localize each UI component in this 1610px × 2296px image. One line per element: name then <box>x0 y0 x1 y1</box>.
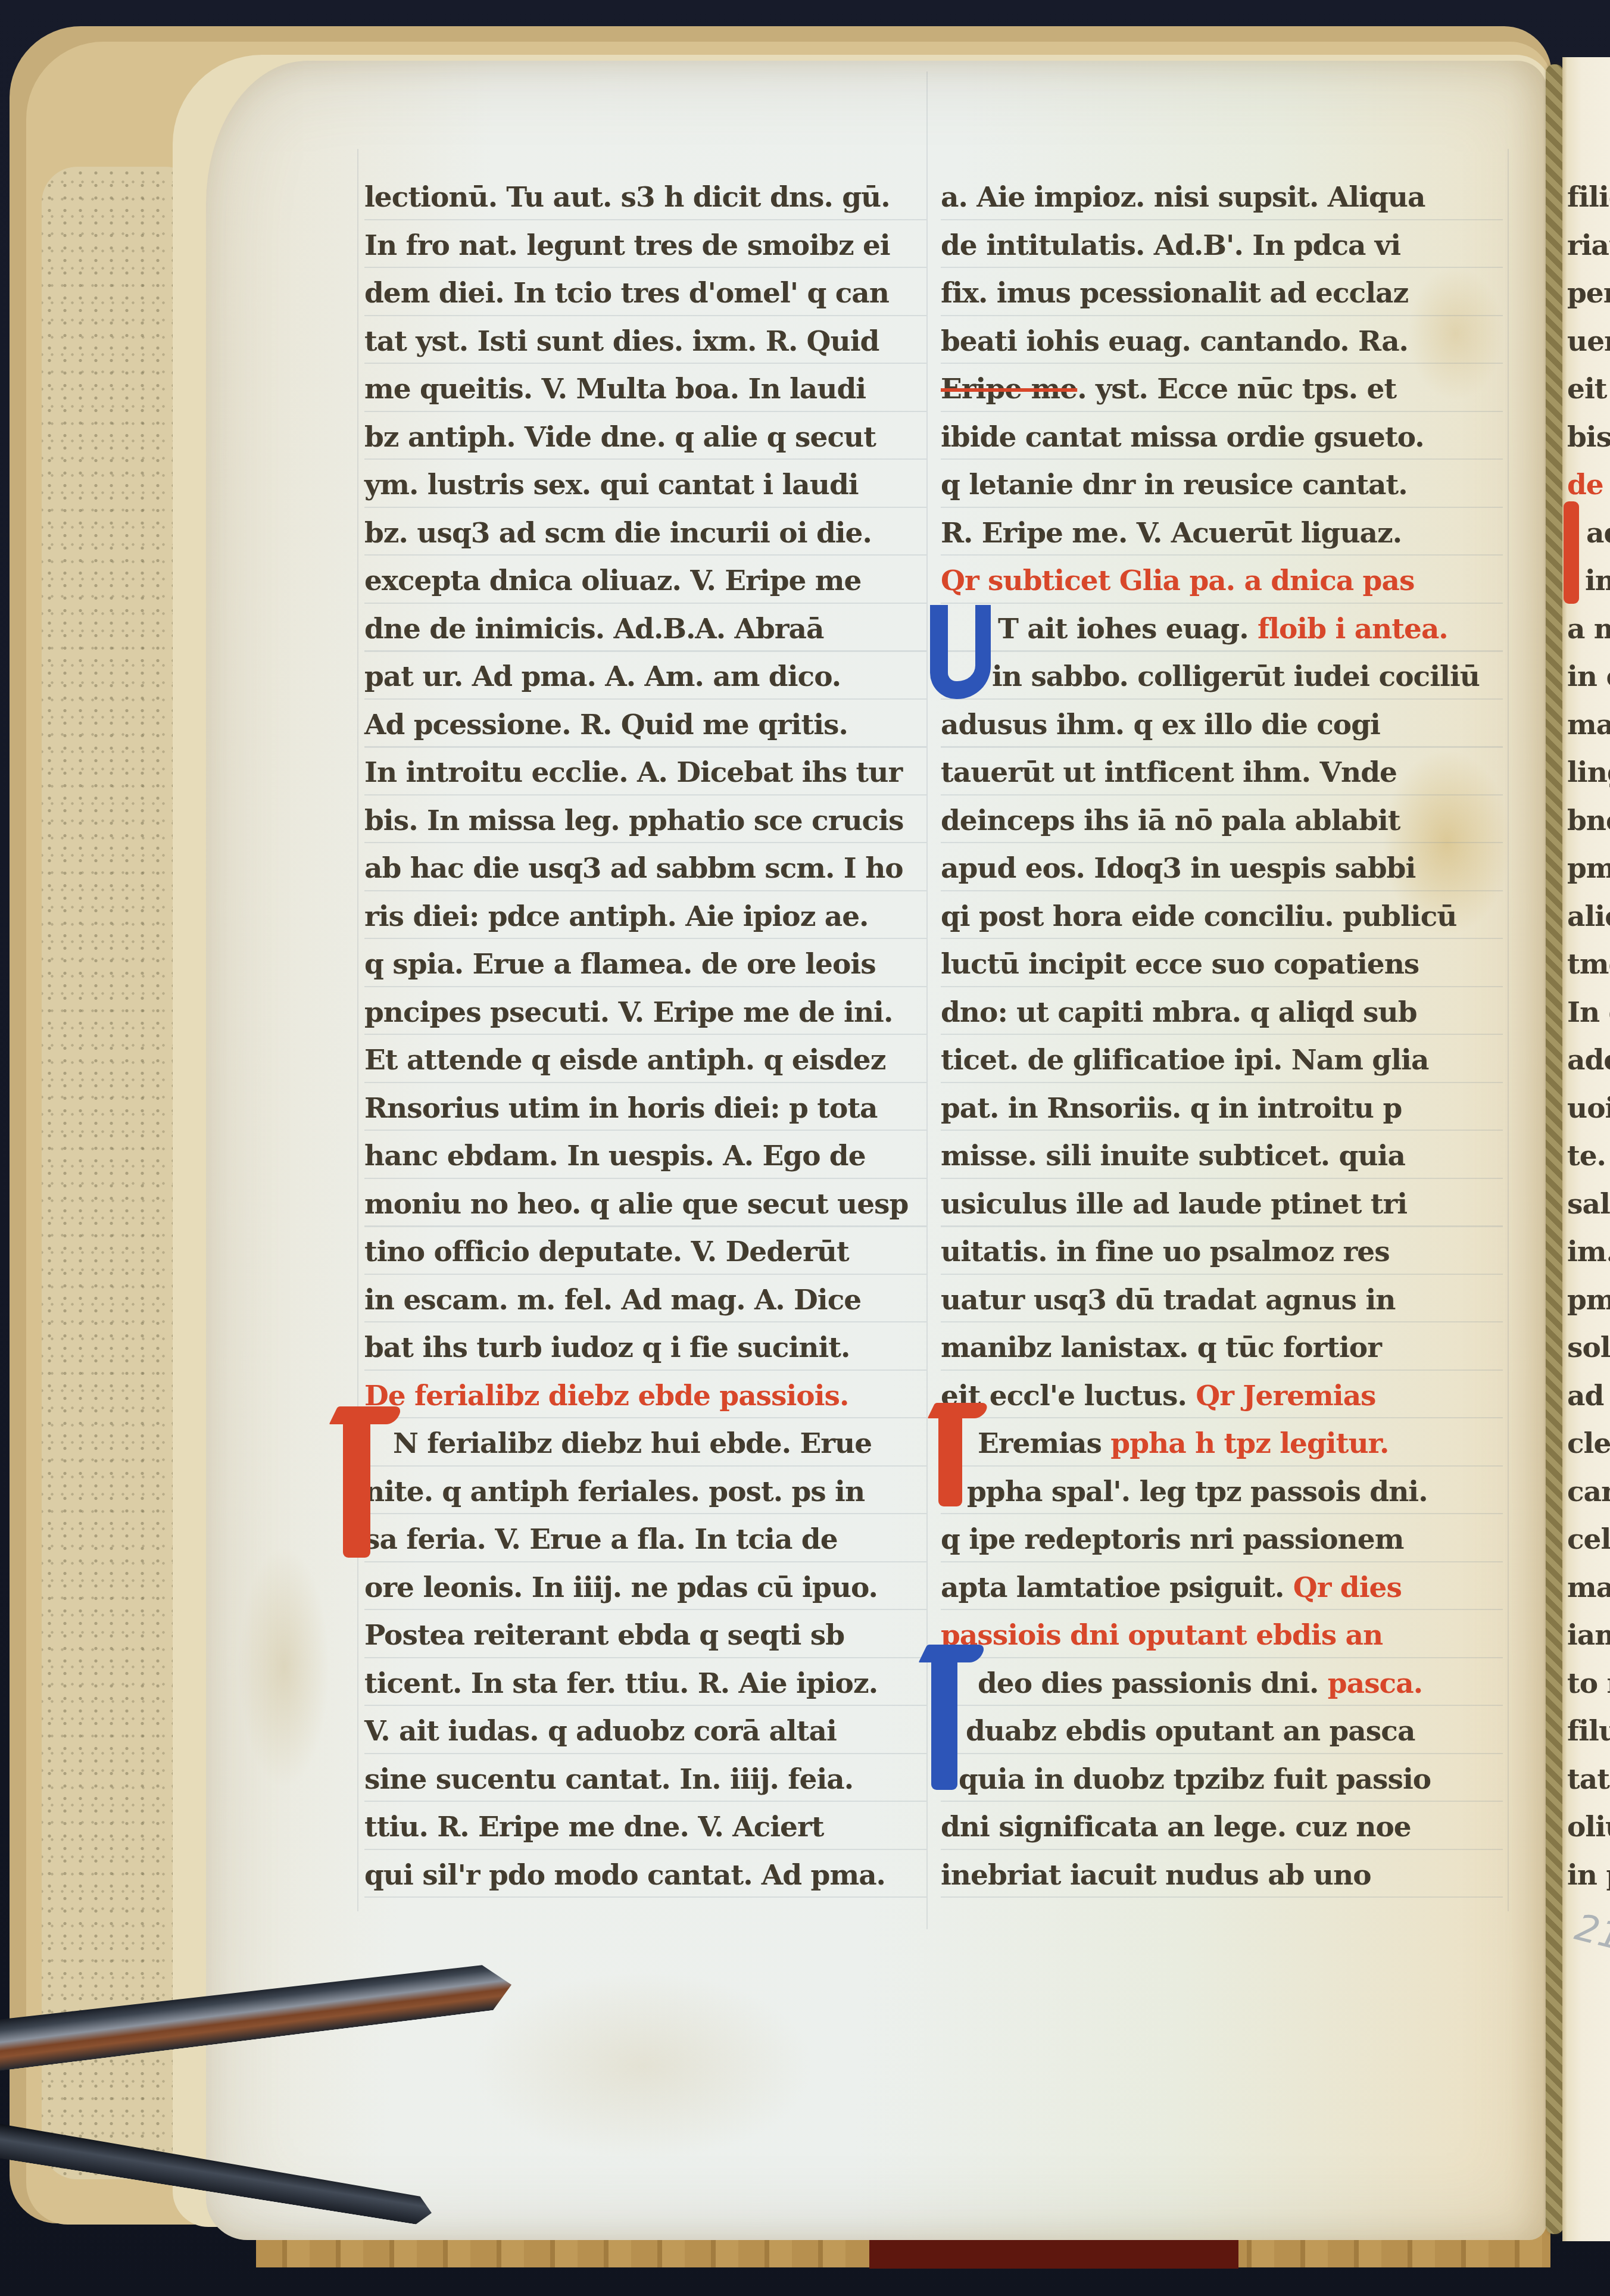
text-segment: oliu <box>1567 1811 1610 1843</box>
text-line: ppha spal'. leg tpz passois dni. <box>941 1468 1503 1517</box>
text-segment: ibide cantat missa ordie gsueto. <box>941 421 1424 454</box>
text-line: salut <box>1567 1181 1610 1229</box>
text-line: pat. in Rnsoriis. q in introitu p <box>941 1085 1503 1133</box>
text-segment: filioz <box>1567 181 1610 214</box>
text-segment: Rnsorius utim in horis diei: p tota <box>364 1092 877 1125</box>
text-segment: maie <box>1567 1571 1610 1604</box>
text-line: a mei. <box>1567 606 1610 654</box>
text-line: passiois dni oputant ebdis an <box>941 1612 1503 1660</box>
text-line: In introitu ecclie. A. Dicebat ihs tur <box>364 749 926 797</box>
text-segment: bis. In missa leg. pphatio sce crucis <box>364 804 904 837</box>
text-segment: Ad pcessione. R. Quid me qritis. <box>364 709 848 741</box>
text-line: hanc ebdam. In uespis. A. Ego de <box>364 1133 926 1181</box>
text-column-facing-page: filiozriat dpentisuentiseit uitbis dide … <box>1567 174 1610 1901</box>
text-segment: bz antiph. Vide dne. q alie q secut <box>364 421 876 454</box>
text-segment: tme t <box>1567 948 1610 981</box>
manuscript-photo: lectionū. Tu aut. s3 h dicit dns. gū.In … <box>0 0 1610 2296</box>
text-segment: pncipes psecuti. V. Eripe me de ini. <box>364 996 893 1029</box>
text-segment: tat. p <box>1567 1763 1610 1796</box>
text-line: tat yst. Isti sunt dies. ixm. R. Quid <box>364 318 926 366</box>
text-segment: uoibz <box>1567 1092 1610 1125</box>
text-segment: ade r <box>1567 1044 1610 1077</box>
text-segment: sa feria. V. Erue a fla. In tcia de <box>364 1523 838 1556</box>
text-segment: in p <box>1567 1859 1610 1892</box>
text-line: matut <box>1567 701 1610 750</box>
text-line: bz antiph. Vide dne. q alie q secut <box>364 414 926 462</box>
text-segment: to m <box>1567 1667 1610 1700</box>
text-line: tauerūt ut intficent ihm. Vnde <box>941 749 1503 797</box>
text-line: qi post hora eide conciliu. publicū <box>941 893 1503 941</box>
text-line: a. Aie impioz. nisi supsit. Aliqua <box>941 174 1503 222</box>
text-segment: ym. lustris sex. qui cantat i laudi <box>364 469 859 501</box>
text-segment: de co <box>1567 469 1610 501</box>
text-segment: usiculus ille ad laude ptinet tri <box>941 1188 1407 1221</box>
text-line: lingua <box>1567 749 1610 797</box>
text-line: solu <box>1567 1324 1610 1372</box>
text-segment: ttiu. R. Eripe me dne. V. Aciert <box>364 1811 823 1843</box>
text-segment: Qr subticet Glia pa. a dnica pas <box>941 564 1414 597</box>
illuminated-initial-I-blue <box>931 1647 957 1790</box>
text-line: ticent. In sta fer. ttiu. R. Aie ipioz. <box>364 1660 926 1708</box>
text-segment: ris diei: pdce antiph. Aie ipioz ae. <box>364 900 868 933</box>
text-line: manibz lanistax. q tūc fortior <box>941 1324 1503 1372</box>
text-segment: fix. imus pcessionalit ad ecclaz <box>941 277 1408 310</box>
gutter-sewing-cord <box>1546 64 1564 2234</box>
text-segment: ore leonis. In iiij. ne pdas cū ipuo. <box>364 1571 878 1604</box>
text-line: ym. lustris sex. qui cantat i laudi <box>364 461 926 510</box>
text-segment: solu <box>1567 1331 1610 1364</box>
text-segment: ad ec <box>1567 1380 1610 1412</box>
text-line: In die <box>1567 989 1610 1037</box>
text-segment: In introitu ecclie. A. Dicebat ihs tur <box>364 756 902 789</box>
text-segment: iam <box>1567 1619 1610 1652</box>
text-segment: deo dies passionis dni. <box>978 1667 1328 1700</box>
illuminated-initial-I-red <box>938 1405 962 1506</box>
text-segment: eit uit <box>1567 373 1610 405</box>
text-line: dem diei. In tcio tres d'omel' q can <box>364 270 926 318</box>
text-segment: bz. usq3 ad scm die incurii oi die. <box>364 517 872 550</box>
text-line: inebriat iacuit nudus ab uno <box>941 1852 1503 1900</box>
text-segment: T ait iohes euag. <box>998 613 1258 645</box>
text-segment: uentis <box>1567 325 1610 358</box>
text-column-right: a. Aie impioz. nisi supsit. Aliquade int… <box>941 174 1503 1901</box>
text-segment: qui sil'r pdo modo cantat. Ad pma. <box>364 1859 885 1892</box>
text-line: deo dies passionis dni. pasca. <box>941 1660 1503 1708</box>
text-segment: pat ur. Ad pma. A. Am. am dico. <box>364 660 841 693</box>
text-segment: De ferialibz diebz ebde passiois. <box>364 1380 848 1412</box>
text-line: In fro nat. legunt tres de smoibz ei <box>364 222 926 270</box>
text-line: q ipe redeptoris nri passionem <box>941 1516 1503 1564</box>
text-line: apta lamtatioe psiguit. Qr dies <box>941 1564 1503 1612</box>
text-line: bat ihs turb iudoz q i fie sucinit. <box>364 1324 926 1372</box>
text-line: tat. p <box>1567 1756 1610 1804</box>
ruling-line-vertical <box>357 149 358 1911</box>
text-segment: a mei. <box>1567 613 1610 645</box>
text-line: uatur usq3 dū tradat agnus in <box>941 1277 1503 1325</box>
text-segment: apud eos. Idoq3 in uespis sabbi <box>941 852 1415 885</box>
text-line: quia in duobz tpzibz fuit passio <box>941 1756 1503 1804</box>
text-segment: dni significata an lege. cuz noe <box>941 1811 1411 1843</box>
text-segment: bis di <box>1567 421 1610 454</box>
text-segment: q letanie dnr in reusice cantat. <box>941 469 1408 501</box>
text-segment: ticet. de glificatioe ipi. Nam glia <box>941 1044 1428 1077</box>
text-line: in sabbo. colligerūt iudei cociliū <box>941 653 1503 701</box>
text-line: bne. a <box>1567 797 1610 846</box>
text-segment: pat. in Rnsoriis. q in introitu p <box>941 1092 1402 1125</box>
text-segment: deinceps ihs iā nō pala ablabit <box>941 804 1400 837</box>
text-line: uentis <box>1567 318 1610 366</box>
text-line: oliu <box>1567 1804 1610 1852</box>
text-segment: a. Aie impioz. nisi supsit. Aliqua <box>941 181 1425 214</box>
text-segment: In die <box>1567 996 1610 1029</box>
text-segment: cler' <box>1567 1427 1610 1460</box>
text-line: riat d <box>1567 222 1610 270</box>
text-line: q spia. Erue a flamea. de ore leois <box>364 941 926 989</box>
text-segment: moniu no heo. q alie que secut uesp <box>364 1188 908 1221</box>
text-line: adusus ihm. q ex illo die cogi <box>941 701 1503 750</box>
text-line: Eripe me. yst. Ecce nūc tps. et <box>941 366 1503 414</box>
text-segment: In fro nat. legunt tres de smoibz ei <box>364 229 890 262</box>
text-segment: celi <box>1567 1523 1610 1556</box>
text-segment: ad d <box>1586 517 1610 550</box>
text-segment: luctū incipit ecce suo copatiens <box>941 948 1419 981</box>
text-segment: tauerūt ut intficent ihm. Vnde <box>941 756 1397 789</box>
text-line: me queitis. V. Multa boa. In laudi <box>364 366 926 414</box>
illuminated-initial-I-red <box>1564 501 1579 604</box>
text-segment: lectionū. Tu aut. s3 h dicit dns. gū. <box>364 181 890 214</box>
text-line: filu <box>1567 1708 1610 1756</box>
text-segment: floib i antea. <box>1258 613 1448 645</box>
text-line: te. q <box>1567 1133 1610 1181</box>
text-segment: tat yst. Isti sunt dies. ixm. R. Quid <box>364 325 879 358</box>
illuminated-initial-U-blue <box>930 605 991 699</box>
text-segment: Qr dies <box>1293 1571 1402 1604</box>
text-segment: V. ait iudas. q aduobz corā altai <box>364 1715 837 1748</box>
text-segment: Et attende q eisde antiph. q eisdez <box>364 1044 885 1077</box>
text-line: apud eos. Idoq3 in uespis sabbi <box>941 845 1503 893</box>
text-line: dne de inimicis. Ad.B.A. Abraā <box>364 606 926 654</box>
text-segment: apta lamtatioe psiguit. <box>941 1571 1293 1604</box>
text-segment: q ipe redeptoris nri passionem <box>941 1523 1403 1556</box>
text-line: maie <box>1567 1564 1610 1612</box>
text-line: uitatis. in fine uo psalmoz res <box>941 1228 1503 1277</box>
text-line: N ferialibz diebz hui ebde. Erue <box>364 1420 926 1468</box>
text-segment: Eremias <box>978 1427 1110 1460</box>
text-segment: excepta dnica oliuaz. V. Eripe me <box>364 564 861 597</box>
text-segment: qi post hora eide conciliu. publicū <box>941 900 1456 933</box>
text-line: pentis <box>1567 270 1610 318</box>
text-line: ttiu. R. Eripe me dne. V. Aciert <box>364 1804 926 1852</box>
text-line: qui sil'r pdo modo cantat. Ad pma. <box>364 1852 926 1900</box>
text-line: R. Eripe me. V. Acuerūt liguaz. <box>941 510 1503 558</box>
text-line: Eremias ppha h tpz legitur. <box>941 1420 1503 1468</box>
text-line: tme t <box>1567 941 1610 989</box>
text-line: duabz ebdis oputant an pasca <box>941 1708 1503 1756</box>
text-line: beati iohis euag. cantando. Ra. <box>941 318 1503 366</box>
text-line: sa feria. V. Erue a fla. In tcia de <box>364 1516 926 1564</box>
text-line: sine sucentu cantat. In. iiij. feia. <box>364 1756 926 1804</box>
text-line: Ad pcessione. R. Quid me qritis. <box>364 701 926 750</box>
text-segment: sine sucentu cantat. In. iiij. feia. <box>364 1763 853 1796</box>
text-line: filioz <box>1567 174 1610 222</box>
text-line: q letanie dnr in reusice cantat. <box>941 461 1503 510</box>
text-line: pat ur. Ad pma. A. Am. am dico. <box>364 653 926 701</box>
text-segment: alie t <box>1567 900 1610 933</box>
text-segment: inebriat iacuit nudus ab uno <box>941 1859 1371 1892</box>
text-line: nite. q antiph feriales. post. ps in <box>364 1468 926 1517</box>
text-segment: pma. <box>1567 1284 1610 1317</box>
text-line: Rnsorius utim in horis diei: p tota <box>364 1085 926 1133</box>
text-line: ade r <box>1567 1037 1610 1085</box>
text-segment: dne de inimicis. Ad.B.A. Abraā <box>364 613 824 645</box>
text-line: Qr subticet Glia pa. a dnica pas <box>941 557 1503 606</box>
text-line: in p <box>1567 1852 1610 1900</box>
text-segment: Eripe me <box>941 373 1077 405</box>
text-segment: . yst. Ecce nūc tps. et <box>1077 373 1396 405</box>
text-segment: salut <box>1567 1188 1610 1221</box>
text-segment: ab hac die usq3 ad sabbm scm. I ho <box>364 852 903 885</box>
text-line: pncipes psecuti. V. Eripe me de ini. <box>364 989 926 1037</box>
text-segment: pme t <box>1567 852 1610 885</box>
text-line: iam <box>1567 1612 1610 1660</box>
text-segment: R. Eripe me. V. Acuerūt liguaz. <box>941 517 1402 550</box>
text-line: ad ec <box>1567 1372 1610 1421</box>
text-segment: dem diei. In tcio tres d'omel' q can <box>364 277 889 310</box>
text-line: Et attende q eisde antiph. q eisdez <box>364 1037 926 1085</box>
text-segment: in sabbo. colligerūt iudei cociliū <box>992 660 1480 693</box>
text-line: ticet. de glificatioe ipi. Nam glia <box>941 1037 1503 1085</box>
text-segment: q spia. Erue a flamea. de ore leois <box>364 948 876 981</box>
text-line: ris diei: pdce antiph. Aie ipioz ae. <box>364 893 926 941</box>
text-segment: ticent. In sta fer. ttiu. R. Aie ipioz. <box>364 1667 878 1700</box>
text-segment: bne. a <box>1567 804 1610 837</box>
text-segment: adusus ihm. q ex illo die cogi <box>941 709 1380 741</box>
text-segment: ppha spal'. leg tpz passois dni. <box>967 1475 1428 1508</box>
text-line: im. S <box>1567 1228 1610 1277</box>
text-segment: tino officio deputate. V. Dederūt <box>364 1236 849 1268</box>
text-segment: duabz ebdis oputant an pasca <box>966 1715 1415 1748</box>
text-line: to m <box>1567 1660 1610 1708</box>
text-line: excepta dnica oliuaz. V. Eripe me <box>364 557 926 606</box>
text-segment: ppha h tpz legitur. <box>1110 1427 1389 1460</box>
text-segment: in ue <box>1585 564 1610 597</box>
text-line: Postea reiterant ebda q seqti sb <box>364 1612 926 1660</box>
text-line: ore leonis. In iiij. ne pdas cū ipuo. <box>364 1564 926 1612</box>
text-line: eit uit <box>1567 366 1610 414</box>
text-segment: filu <box>1567 1715 1610 1748</box>
text-line: pma. <box>1567 1277 1610 1325</box>
text-segment: Qr Jeremias <box>1196 1380 1375 1412</box>
text-line: in esca <box>1567 653 1610 701</box>
illuminated-initial-I-red <box>343 1409 370 1558</box>
text-line: eit eccl'e luctus. Qr Jeremias <box>941 1372 1503 1421</box>
text-line: ab hac die usq3 ad sabbm scm. I ho <box>364 845 926 893</box>
text-line: dni significata an lege. cuz noe <box>941 1804 1503 1852</box>
text-segment: nite. q antiph feriales. post. ps in <box>364 1475 865 1508</box>
text-line: T ait iohes euag. floib i antea. <box>941 606 1503 654</box>
text-segment: uitatis. in fine uo psalmoz res <box>941 1236 1390 1268</box>
text-segment: de intitulatis. Ad.B'. In pdca vi <box>941 229 1400 262</box>
text-line: dno: ut capiti mbra. q aliqd sub <box>941 989 1503 1037</box>
ruling-line-vertical <box>1508 149 1509 1911</box>
text-line: bis di <box>1567 414 1610 462</box>
text-line: misse. sili inuite subticet. quia <box>941 1133 1503 1181</box>
text-segment: im. S <box>1567 1236 1610 1268</box>
text-line: luctū incipit ecce suo copatiens <box>941 941 1503 989</box>
text-column-left: lectionū. Tu aut. s3 h dicit dns. gū.In … <box>364 174 926 1901</box>
text-line: moniu no heo. q alie que secut uesp <box>364 1181 926 1229</box>
text-segment: pasca. <box>1328 1667 1422 1700</box>
text-segment: passiois dni oputant ebdis an <box>941 1619 1383 1652</box>
text-line: alie t <box>1567 893 1610 941</box>
text-segment: misse. sili inuite subticet. quia <box>941 1140 1405 1172</box>
text-segment: dno: ut capiti mbra. q aliqd sub <box>941 996 1417 1029</box>
text-line: in escam. m. fel. Ad mag. A. Dice <box>364 1277 926 1325</box>
text-segment: in escam. m. fel. Ad mag. A. Dice <box>364 1284 861 1317</box>
text-line: usiculus ille ad laude ptinet tri <box>941 1181 1503 1229</box>
text-line: bz. usq3 ad scm die incurii oi die. <box>364 510 926 558</box>
text-segment: hanc ebdam. In uespis. A. Ego de <box>364 1140 866 1172</box>
text-line: cant <box>1567 1468 1610 1517</box>
text-segment: Postea reiterant ebda q seqti sb <box>364 1619 844 1652</box>
text-line: fix. imus pcessionalit ad ecclaz <box>941 270 1503 318</box>
text-line: ibide cantat missa ordie gsueto. <box>941 414 1503 462</box>
text-segment: beati iohis euag. cantando. Ra. <box>941 325 1408 358</box>
text-segment: lingua <box>1567 756 1610 789</box>
text-segment: matut <box>1567 709 1610 741</box>
text-segment: me queitis. V. Multa boa. In laudi <box>364 373 866 405</box>
text-segment: N ferialibz diebz hui ebde. Erue <box>393 1427 872 1460</box>
text-segment: pentis <box>1567 277 1610 310</box>
text-segment: quia in duobz tpzibz fuit passio <box>959 1763 1431 1796</box>
text-line: V. ait iudas. q aduobz corā altai <box>364 1708 926 1756</box>
text-segment: uatur usq3 dū tradat agnus in <box>941 1284 1395 1317</box>
text-line: uoibz <box>1567 1085 1610 1133</box>
text-segment: te. q <box>1567 1140 1610 1172</box>
text-segment: riat d <box>1567 229 1610 262</box>
text-line: bis. In missa leg. pphatio sce crucis <box>364 797 926 846</box>
text-segment: manibz lanistax. q tūc fortior <box>941 1331 1381 1364</box>
text-line: tino officio deputate. V. Dederūt <box>364 1228 926 1277</box>
text-segment: in esca <box>1567 660 1610 693</box>
text-segment: cant <box>1567 1475 1610 1508</box>
text-line: de intitulatis. Ad.B'. In pdca vi <box>941 222 1503 270</box>
text-segment: bat ihs turb iudoz q i fie sucinit. <box>364 1331 850 1364</box>
text-line: lectionū. Tu aut. s3 h dicit dns. gū. <box>364 174 926 222</box>
text-line: pme t <box>1567 845 1610 893</box>
text-line: De ferialibz diebz ebde passiois. <box>364 1372 926 1421</box>
text-line: deinceps ihs iā nō pala ablabit <box>941 797 1503 846</box>
text-line: celi <box>1567 1516 1610 1564</box>
text-line: cler' <box>1567 1420 1610 1468</box>
